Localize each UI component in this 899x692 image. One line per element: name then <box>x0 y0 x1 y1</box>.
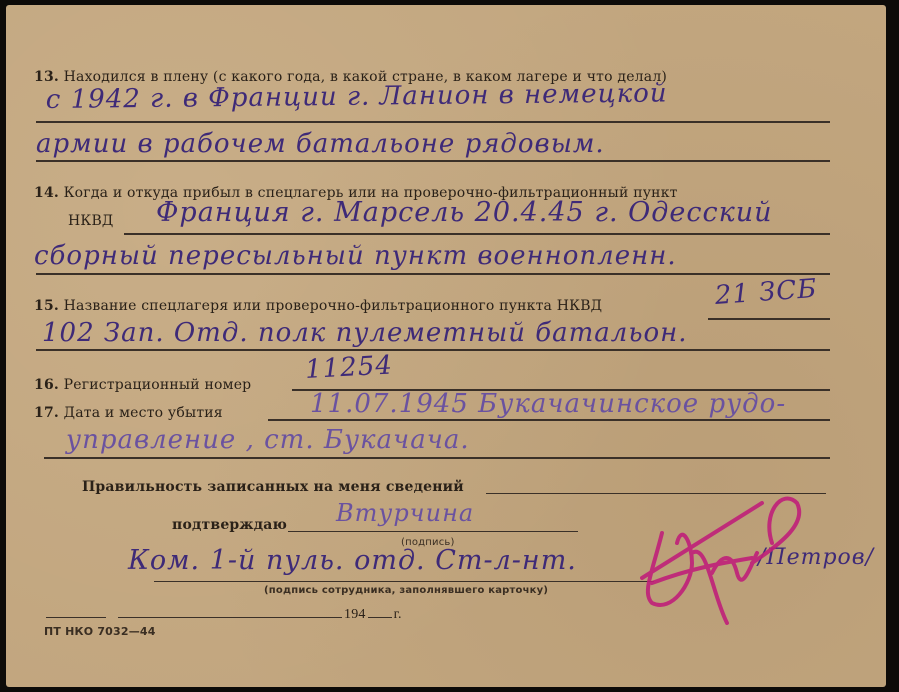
field-17-underline-1 <box>268 419 830 421</box>
field-14-number: 14. <box>34 185 59 201</box>
field-14-underline-1 <box>124 233 830 235</box>
date-month-line <box>118 617 342 618</box>
field-15-value-line2: 102 Зап. Отд. полк пулеметный батальон. <box>42 318 688 348</box>
field-17-label-text: Дата и место убытия <box>64 405 223 421</box>
field-17-value-line1: 11.07.1945 Букачачинское рудо- <box>310 389 786 419</box>
field-14-label-cont: НКВД <box>68 213 114 229</box>
date-day-line <box>46 617 106 618</box>
officer-underline <box>154 581 654 582</box>
field-13-underline-2 <box>36 160 830 162</box>
field-13-number: 13. <box>34 69 59 85</box>
field-14-underline-2 <box>36 273 830 275</box>
footer-year-suffix: г. <box>394 607 402 622</box>
field-14-value-line1: Франция г. Марсель 20.4.45 г. Одесский <box>156 197 773 228</box>
field-16-value: 11254 <box>304 350 393 385</box>
printer-code: ПТ НКО 7032—44 <box>44 625 156 638</box>
field-17-number: 17. <box>34 405 59 421</box>
field-17-value-line2: управление , ст. Букачача. <box>66 425 470 455</box>
confirm-label-text: подтверждаю <box>172 517 287 533</box>
registration-card: 13. Находился в плену (с какого года, в … <box>6 5 886 687</box>
field-15-value-line1: 21 ЗСБ <box>714 274 818 311</box>
signature-underline <box>288 531 578 532</box>
confirm-label: подтверждаю <box>172 517 287 533</box>
field-15-number: 15. <box>34 298 59 314</box>
field-15-underline-1 <box>708 318 830 320</box>
officer-ink-signature-icon <box>632 483 822 633</box>
field-16-number: 16. <box>34 377 59 393</box>
field-15-label-text: Название спецлагеря или проверочно-фильт… <box>64 298 603 314</box>
field-16-label-text: Регистрационный номер <box>64 377 252 393</box>
officer-title: Ком. 1-й пуль. отд. Ст-л-нт. <box>128 545 577 576</box>
field-14-value-line2: сборный пересыльный пункт военнопленн. <box>34 241 677 271</box>
field-15-label: 15. Название спецлагеря или проверочно-ф… <box>34 298 602 314</box>
prisoner-signature: Втурчина <box>336 499 474 527</box>
field-17-underline-2 <box>44 457 830 459</box>
field-13-value-line2: армии в рабочем батальоне рядовым. <box>36 129 605 159</box>
field-17-label: 17. Дата и место убытия <box>34 405 223 421</box>
field-15-underline-2 <box>36 349 830 351</box>
footer-date: 194г. <box>344 607 402 623</box>
footer-year-prefix: 194 <box>344 607 366 622</box>
field-13-value-line1: с 1942 г. в Франции г. Ланион в немецкой <box>46 78 668 115</box>
officer-caption: (подпись сотрудника, заполнявшего карточ… <box>264 585 548 596</box>
confirmation-text-line1: Правильность записанных на меня сведений <box>82 479 464 495</box>
field-13-underline-1 <box>36 121 830 123</box>
field-16-label: 16. Регистрационный номер <box>34 377 251 393</box>
confirmation-text: Правильность записанных на меня сведений <box>82 479 464 495</box>
